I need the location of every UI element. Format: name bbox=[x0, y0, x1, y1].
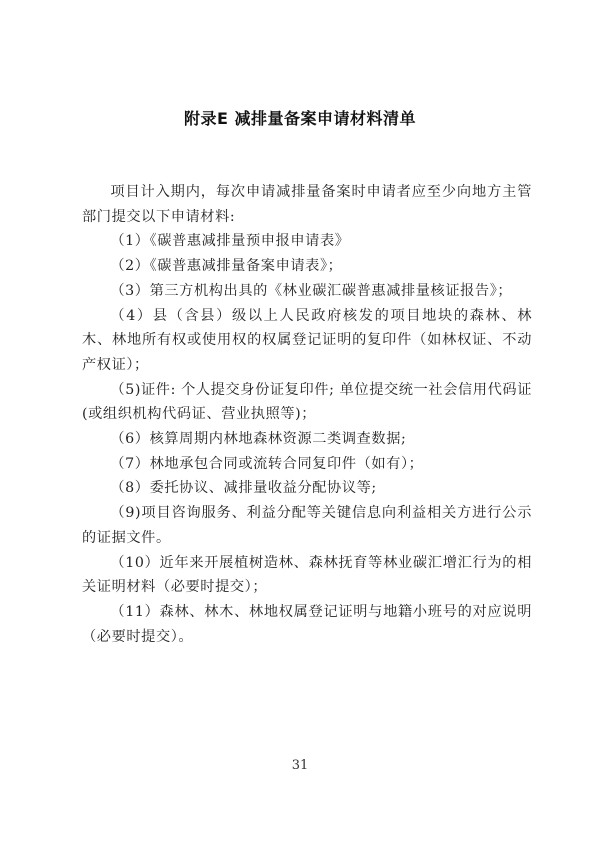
list-item-6: （6）核算周期内林地森林资源二类调查数据; bbox=[82, 427, 532, 452]
list-item-3: （3）第三方机构出具的《林业碳汇碳普惠减排量核证报告》； bbox=[82, 279, 532, 304]
list-item-4: （4）县（含县）级以上人民政府核发的项目地块的森林、林木、林地所有权或使用权的权… bbox=[82, 304, 532, 378]
intro-paragraph: 项目计入期内，每次申请减排量备案时申请者应至少向地方主管部门提交以下申请材料: bbox=[82, 180, 532, 229]
document-body: 项目计入期内，每次申请减排量备案时申请者应至少向地方主管部门提交以下申请材料: … bbox=[82, 180, 532, 649]
page-number: 31 bbox=[0, 758, 600, 773]
list-item-8: （8）委托协议、减排量收益分配协议等; bbox=[82, 476, 532, 501]
list-item-7: （7）林地承包合同或流转合同复印件（如有）； bbox=[82, 452, 532, 477]
list-item-11: （11）森林、林木、林地权属登记证明与地籍小班号的对应说明（必要时提交）。 bbox=[82, 600, 532, 649]
list-item-5: （5)证件: 个人提交身份证复印件; 单位提交统一社会信用代码证(或组织机构代码… bbox=[82, 378, 532, 427]
list-item-10: （10）近年来开展植树造林、森林抚育等林业碳汇增汇行为的相关证明材料（必要时提交… bbox=[82, 551, 532, 600]
list-item-9: （9)项目咨询服务、利益分配等关键信息向利益相关方进行公示的证据文件。 bbox=[82, 501, 532, 550]
list-item-2: （2）《碳普惠减排量备案申请表》； bbox=[82, 254, 532, 279]
appendix-title: 附录E 减排量备案申请材料清单 bbox=[0, 106, 600, 129]
list-item-1: （1）《碳普惠减排量预申报申请表》 bbox=[82, 229, 532, 254]
document-page: 附录E 减排量备案申请材料清单 项目计入期内，每次申请减排量备案时申请者应至少向… bbox=[0, 0, 600, 848]
